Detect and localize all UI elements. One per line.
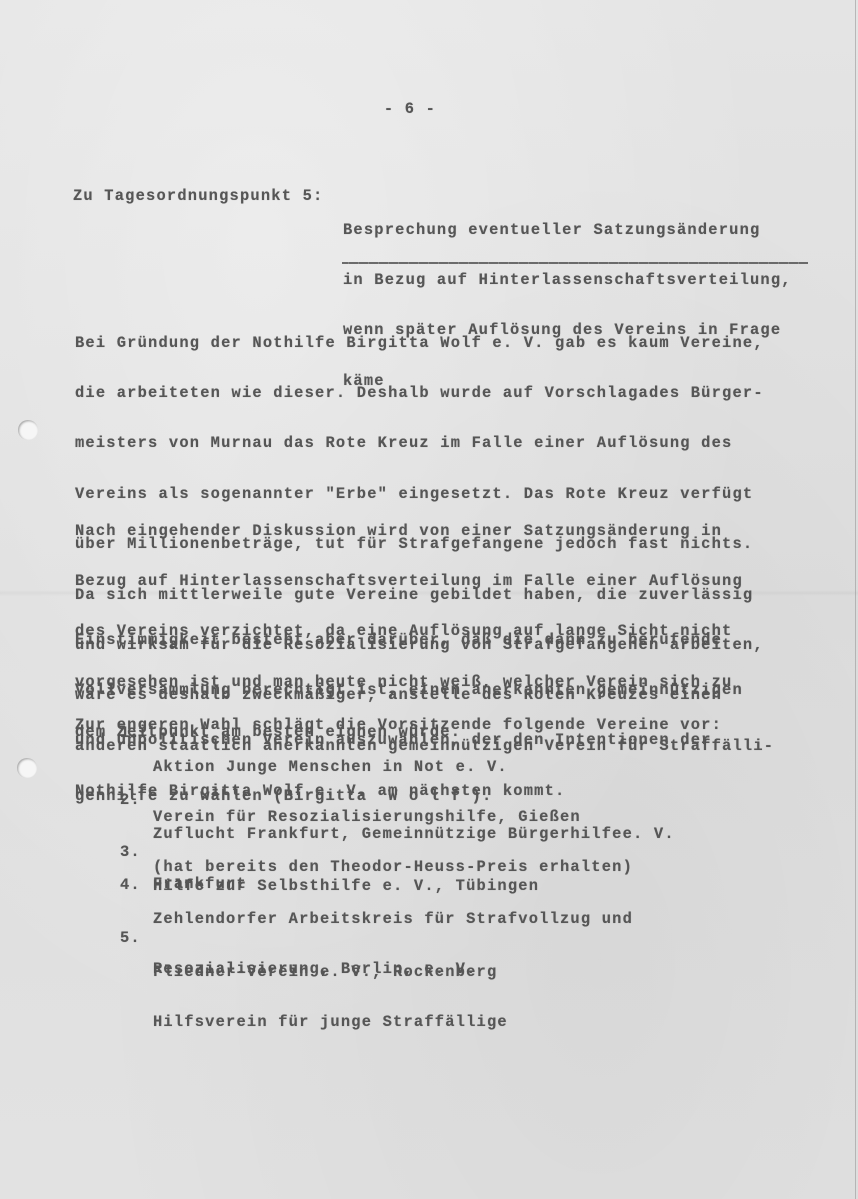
list-item-line: Zuflucht Frankfurt, Gemeinnützige Bürger… <box>153 826 675 843</box>
topic-line: Besprechung eventueller Satzungsänderung <box>343 222 792 239</box>
punch-hole-top <box>18 420 38 440</box>
list-item-text: Fliedner-Verein e. V., Rockenberg Hilfsv… <box>153 930 508 1048</box>
paragraph-line: Bezug auf Hinterlassenschaftsverteilung … <box>75 573 743 590</box>
list-item-line: Aktion Junge Menschen in Not e. V. <box>153 759 633 776</box>
list-item-line: Hilfsverein für junge Straffällige <box>153 1014 508 1031</box>
list-item-line: Zehlendorfer Arbeitskreis für Strafvollz… <box>153 911 633 928</box>
list-item-line: Fliedner-Verein e. V., Rockenberg <box>153 964 508 981</box>
paragraph-line: die arbeiteten wie dieser. Deshalb wurde… <box>75 385 774 402</box>
paragraph-line: meisters von Murnau das Rote Kreuz im Fa… <box>75 435 774 452</box>
topic-line: in Bezug auf Hinterlassenschaftsverteilu… <box>343 272 792 289</box>
page-right-edge <box>855 0 856 1199</box>
list-item-number: 3. <box>120 844 141 861</box>
topic-underline <box>342 262 808 264</box>
list-item-number: 2. <box>120 792 141 809</box>
paragraph-line: Einstimmigkeit besteht aber darüber, däß… <box>75 632 743 649</box>
punch-hole-bottom <box>17 758 37 778</box>
agenda-item-label: Zu Tagesordnungspunkt 5: <box>73 188 323 205</box>
page-number: - 6 - <box>374 101 446 118</box>
paragraph-line: Nach eingehender Diskussion wird von ein… <box>75 523 743 540</box>
list-item-number: 1. <box>120 725 141 742</box>
list-item-number: 4. <box>120 877 141 894</box>
list-item-number: 5. <box>120 930 141 947</box>
paragraph-line: Bei Gründung der Nothilfe Birgitta Wolf … <box>75 335 774 352</box>
